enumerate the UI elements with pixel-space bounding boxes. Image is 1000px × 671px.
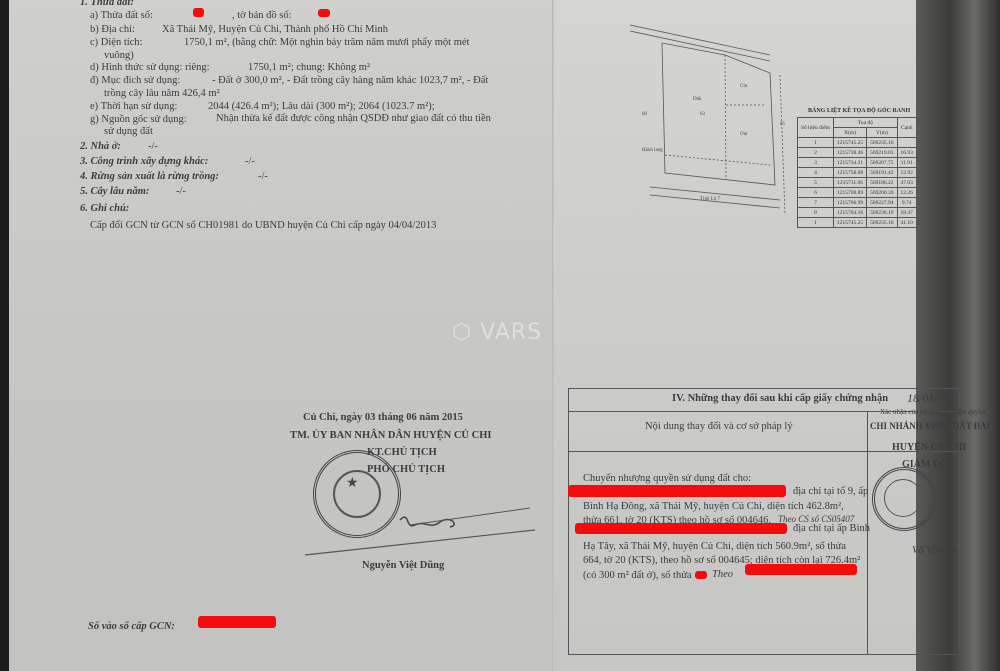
table-row: 71215706.99569227.949.74: [798, 198, 917, 208]
cell-x: 1215708.89: [834, 188, 867, 198]
cell-point: 3: [798, 158, 834, 168]
section-1-heading: 1. Thửa đất:: [80, 0, 134, 8]
land-purpose-label: đ) Mục đích sử dụng:: [90, 75, 180, 86]
cell-edge: 11.91: [897, 158, 916, 168]
cell-point: 4: [798, 168, 834, 178]
area-label: c) Diện tích:: [90, 37, 142, 48]
table-row: 61215708.89569200.3912.26: [798, 188, 917, 198]
table-row: 41215758.08569191.4212.92: [798, 168, 917, 178]
cell-edge: 12.92: [897, 168, 916, 178]
svg-text:60: 60: [642, 112, 648, 117]
usage-form-label: d) Hình thức sử dụng: riêng:: [90, 62, 210, 73]
parcel-map: Dnk Cln Onl 63 60 65 Tỉnh Lộ 7 Hành lang: [620, 15, 790, 215]
redaction-mark: [318, 9, 330, 17]
changes-col-content: Nội dung thay đổi và cơ sở pháp lý: [645, 421, 793, 432]
col-header: Cạnh: [897, 118, 916, 138]
cell-y: 569235.16: [867, 218, 897, 228]
change-line-1: địa chỉ tại tổ 9, ấp: [793, 486, 868, 497]
svg-text:65: 65: [780, 122, 786, 127]
change-line-5: Hạ Tây, xã Thái Mỹ, huyện Củ Chi, diện t…: [583, 541, 846, 552]
cell-point: 7: [798, 198, 834, 208]
col-subheader: Y(m): [867, 128, 897, 138]
cell-x: 1215734.21: [834, 158, 867, 168]
cell-y: 569200.39: [867, 188, 897, 198]
cell-edge: 18.47: [897, 208, 916, 218]
area-value: 1750,1 m², (bằng chữ: Một nghìn bảy trăm…: [184, 37, 469, 48]
cell-y: 569235.16: [867, 138, 897, 148]
changes-col-confirm: Xác nhận của cơ quan có thẩm quyền: [880, 408, 985, 416]
cell-y: 569186.22: [867, 178, 897, 188]
svg-text:Onl: Onl: [740, 132, 748, 137]
handwritten-date: 18/01/16: [907, 391, 950, 406]
land-purpose-value-cont: trồng cây lâu năm 426,4 m²: [104, 88, 220, 99]
cell-point: 1: [798, 138, 834, 148]
origin-label: g) Nguồn gốc sử dụng:: [90, 114, 187, 125]
cell-x: 1215738.46: [834, 148, 867, 158]
cell-point: 1: [798, 218, 834, 228]
sign-organization: TM. ỦY BAN NHÂN DÂN HUYỆN CỦ CHI: [290, 430, 491, 441]
col-header: Số hiệu điểm: [798, 118, 834, 138]
cell-x: 1215706.99: [834, 198, 867, 208]
cell-x: 1215711.06: [834, 178, 867, 188]
note-text: Cấp đổi GCN từ GCN số CH01981 do UBND hu…: [90, 220, 436, 231]
cell-y: 569227.94: [867, 198, 897, 208]
signature-icon: [300, 500, 540, 560]
svg-text:Hành lang: Hành lang: [642, 148, 663, 153]
cell-point: 8: [798, 208, 834, 218]
cell-y: 569219.03: [867, 148, 897, 158]
cell-x: 1215745.25: [834, 218, 867, 228]
usage-term-label: e) Thời hạn sử dụng:: [90, 101, 177, 112]
change-line-0: Chuyển nhượng quyền sử dụng đất cho:: [583, 473, 751, 484]
section-2-value: -/-: [148, 141, 158, 152]
cell-edge: 47.03: [897, 178, 916, 188]
table-row: 31215734.21569207.7511.91: [798, 158, 917, 168]
cell-x: 1215745.25: [834, 138, 867, 148]
section-4-value: -/-: [258, 171, 268, 182]
svg-text:Cln: Cln: [740, 84, 748, 89]
office-signer: Võ Văn An: [912, 545, 957, 556]
office-district: HUYỆN CỦ CHI: [892, 442, 966, 453]
col-subheader: X(m): [834, 128, 867, 138]
table-row: 11215745.25569235.16: [798, 138, 917, 148]
section-4-heading: 4. Rừng sản xuất là rừng trồng:: [80, 171, 219, 182]
origin-value-cont: sử dụng đất: [104, 126, 153, 137]
office-name: CHI NHÁNH VPĐK ĐẤT ĐAI: [870, 421, 990, 431]
usage-term-value: 2044 (426.4 m²); Lâu dài (300 m²); 2064 …: [208, 101, 435, 112]
redaction-mark: [198, 616, 276, 628]
cell-y: 569236.19: [867, 208, 897, 218]
cell-point: 5: [798, 178, 834, 188]
redaction-mark: [575, 523, 787, 534]
table-row: 11215745.25569235.1641.10: [798, 218, 917, 228]
cell-edge: 9.74: [897, 198, 916, 208]
table-row: 51215711.06569186.2247.03: [798, 178, 917, 188]
cell-point: 2: [798, 148, 834, 158]
section-6-heading: 6. Ghi chú:: [80, 203, 129, 214]
map-sheet-label: , tờ bản đồ số:: [232, 10, 292, 21]
cell-y: 569207.75: [867, 158, 897, 168]
section-5-heading: 5. Cây lâu năm:: [80, 186, 149, 197]
redaction-mark: [745, 564, 857, 575]
table-row: 21215738.46569219.0316.93: [798, 148, 917, 158]
changes-title: IV. Những thay đổi sau khi cấp giấy chứn…: [672, 393, 888, 404]
address-value: Xã Thái Mỹ, Huyện Củ Chi, Thành phố Hồ C…: [162, 24, 388, 35]
col-header: Tọa độ: [834, 118, 898, 128]
change-line-7: (có 300 m² đất ở), số thửa: [583, 570, 692, 581]
land-purpose-value: - Đất ở 300,0 m², - Đất trồng cây hàng n…: [212, 75, 488, 86]
sign-date: Củ Chi, ngày 03 tháng 06 năm 2015: [303, 412, 463, 423]
cell-edge: [897, 138, 916, 148]
section-2-heading: 2. Nhà ở:: [80, 141, 121, 152]
photo-edge-left: [0, 0, 9, 671]
signer-name: Nguyễn Việt Dũng: [362, 560, 444, 571]
section-3-heading: 3. Công trình xây dựng khác:: [80, 156, 208, 167]
cell-y: 569191.42: [867, 168, 897, 178]
usage-form-value: 1750,1 m²; chung: Không m²: [248, 62, 370, 73]
watermark-logo: ⬡ VARS: [452, 320, 542, 345]
svg-text:Dnk: Dnk: [693, 97, 702, 102]
redaction-mark: [193, 8, 204, 17]
cell-x: 1215758.08: [834, 168, 867, 178]
svg-text:63: 63: [700, 112, 706, 117]
change-line-2: Bình Hạ Đông, xã Thái Mỹ, huyện Củ Chi, …: [583, 501, 844, 512]
section-5-value: -/-: [176, 186, 186, 197]
table-row: 81215704.16569236.1918.47: [798, 208, 917, 218]
cell-edge: 16.93: [897, 148, 916, 158]
cell-x: 1215704.16: [834, 208, 867, 218]
cell-point: 6: [798, 188, 834, 198]
redaction-mark: [695, 571, 707, 579]
change-line-4: địa chỉ tại ấp Bình: [793, 523, 870, 534]
gcn-register-label: Số vào sổ cấp GCN:: [88, 621, 175, 632]
svg-text:Tỉnh Lộ 7: Tỉnh Lộ 7: [700, 197, 720, 202]
area-value-cont: vuông): [104, 50, 134, 61]
shield-icon: ⬡: [452, 320, 472, 345]
office-seal-icon: [872, 467, 936, 531]
cell-edge: 12.26: [897, 188, 916, 198]
origin-value: Nhận thừa kế đất được công nhận QSDĐ như…: [216, 113, 491, 124]
coordinate-table: Số hiệu điểm Tọa độ Cạnh X(m) Y(m) 11215…: [797, 117, 917, 228]
section-3-value: -/-: [245, 156, 255, 167]
change-line-7-hand: Theo: [712, 569, 733, 580]
parcel-number-label: a) Thửa đất số:: [90, 10, 153, 21]
redaction-mark: [568, 485, 786, 497]
cell-edge: 41.10: [897, 218, 916, 228]
address-label: b) Địa chỉ:: [90, 24, 135, 35]
coordinate-table-title: BẢNG LIỆT KÊ TỌA ĐỘ GÓC RANH: [808, 108, 910, 114]
